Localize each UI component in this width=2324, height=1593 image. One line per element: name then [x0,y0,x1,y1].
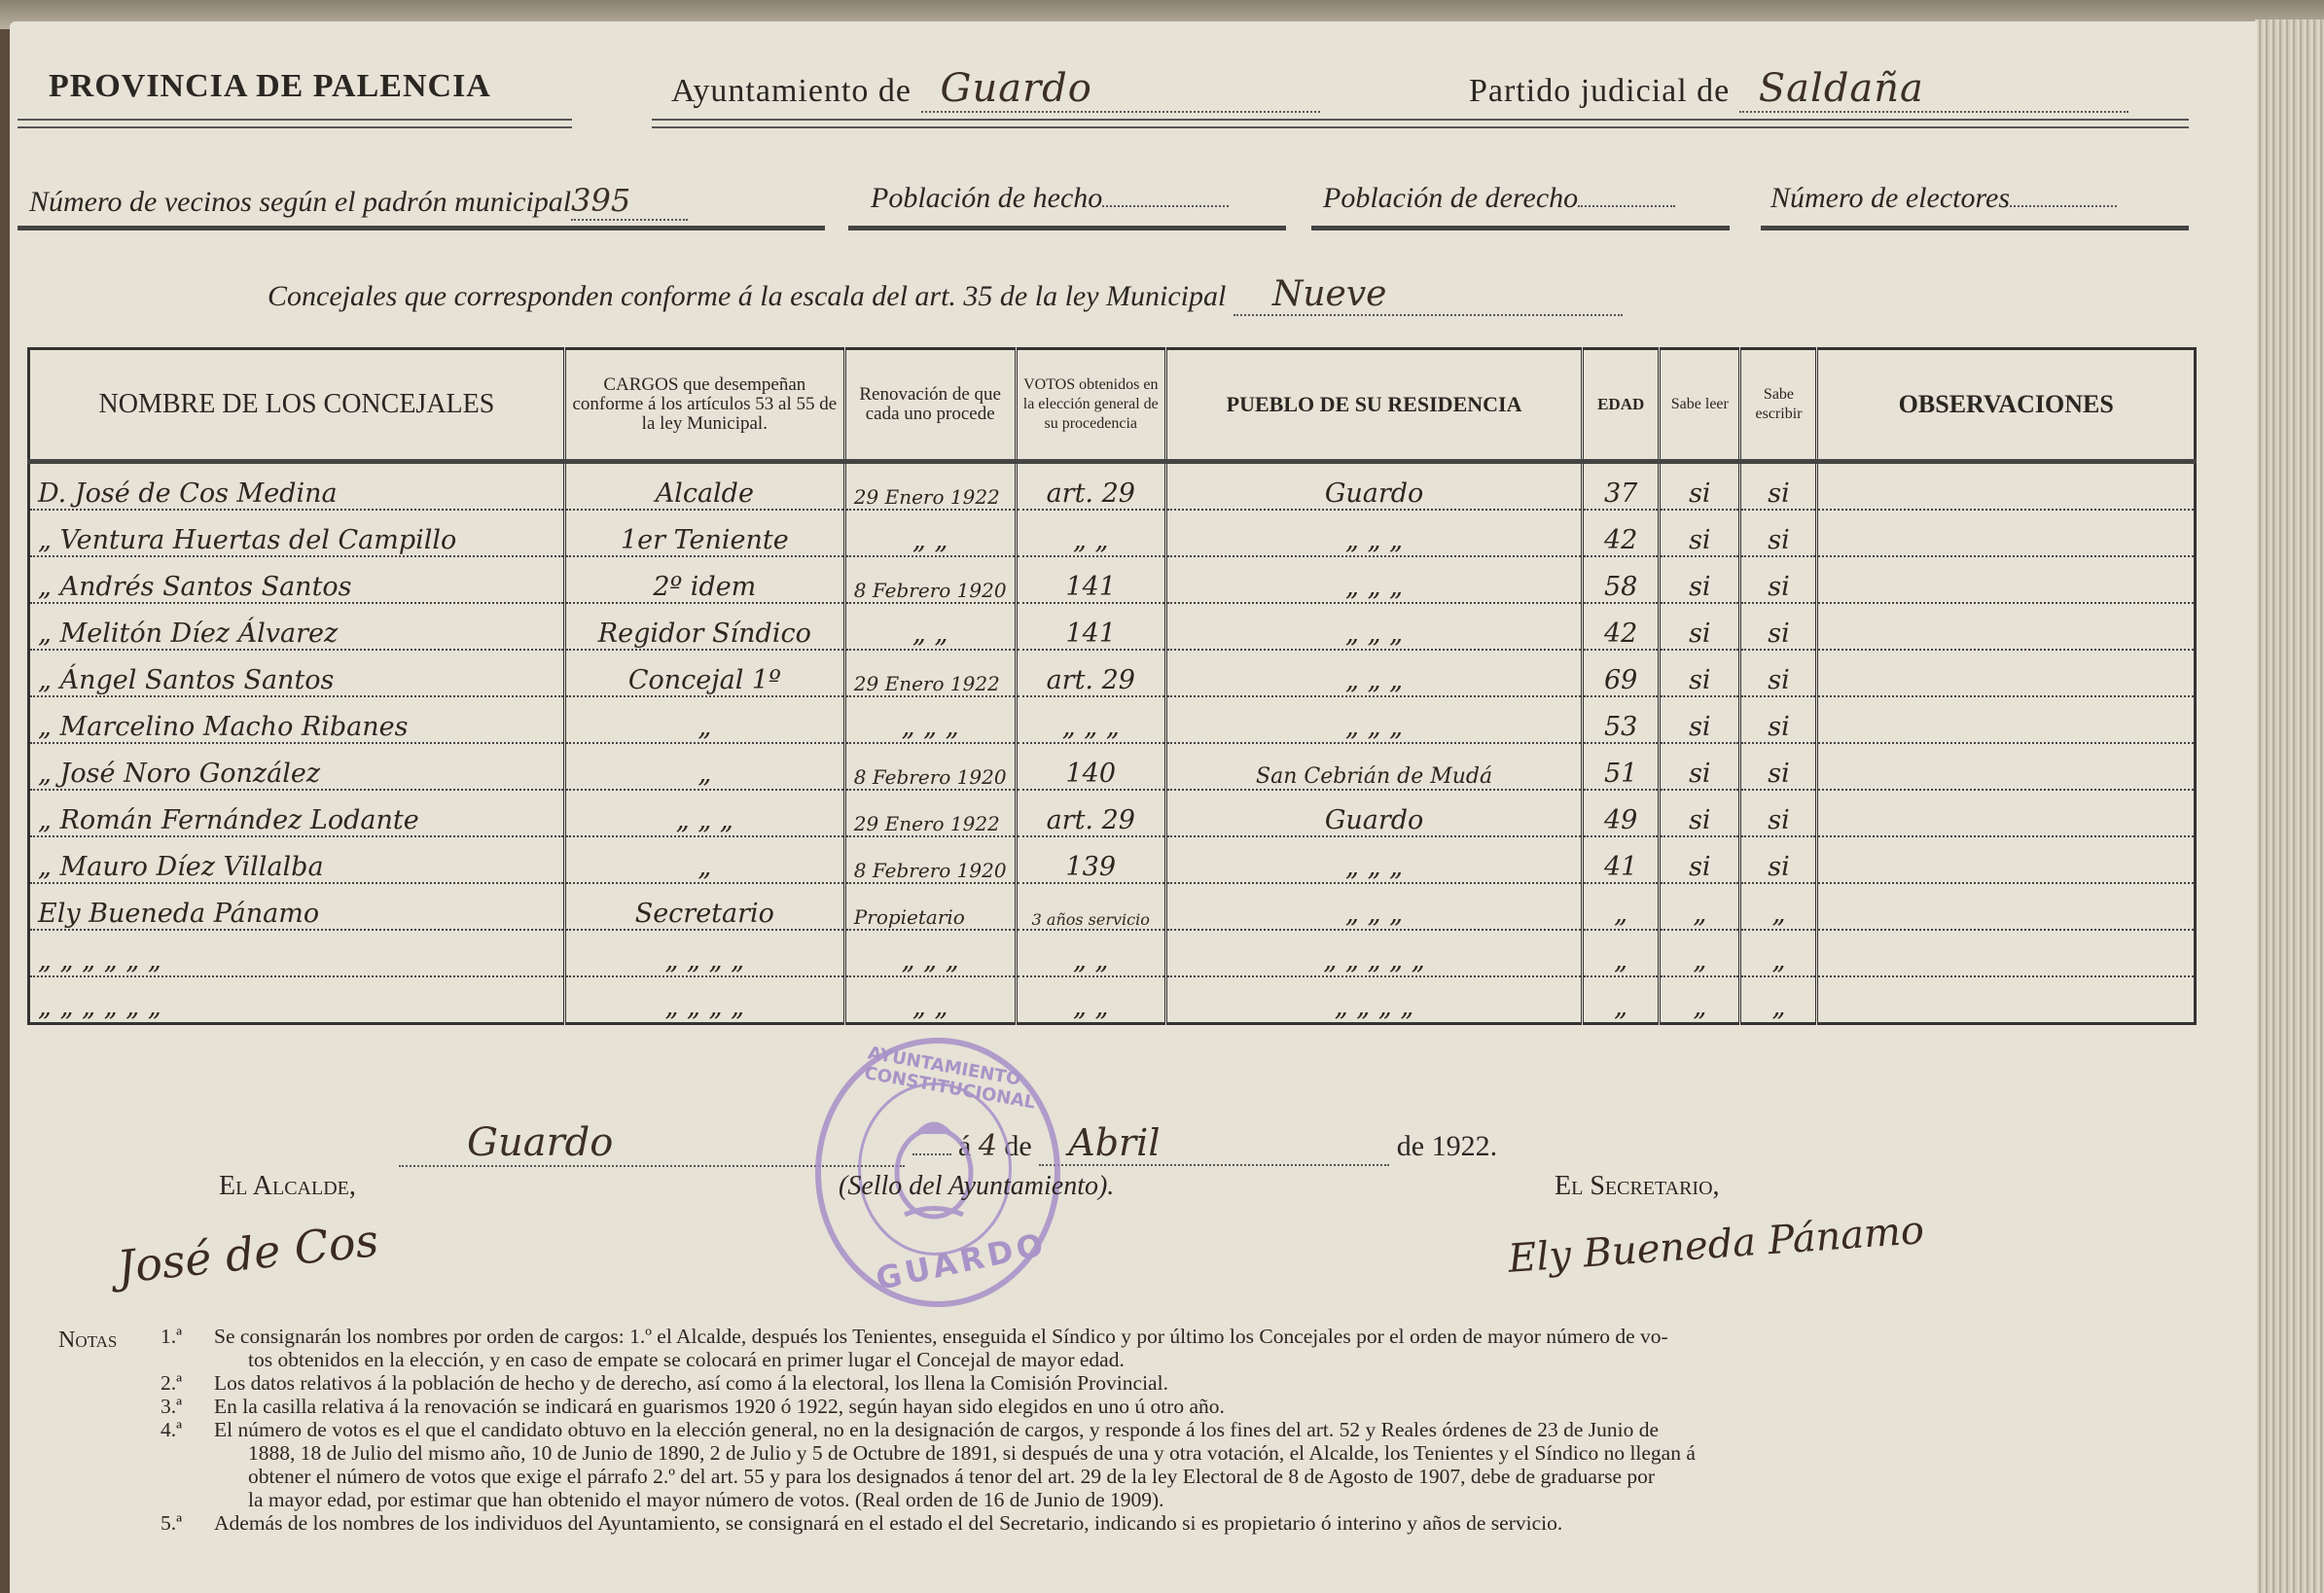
cell-renovacion: 29 Enero 1922 [844,790,1016,836]
cell-obs [1817,930,2196,976]
derecho-value [1578,205,1675,207]
cell-obs [1817,603,2196,650]
partido-field: Partido judicial de Saldaña [1469,66,2128,113]
note-number: 4.ª [161,1418,182,1441]
cell-escribir: „ [1740,930,1817,976]
cell-leer: „ [1660,883,1740,930]
cell-nombre: „ Andrés Santos Santos [29,556,565,603]
cell-votos: 139 [1016,836,1165,883]
hecho-field: Población de hecho [871,182,1229,215]
col-edad: EDAD [1583,349,1660,462]
table-row: „ Melitón Díez ÁlvarezRegidor Síndico„ „… [29,603,2196,650]
cell-leer: si [1660,790,1740,836]
cell-pueblo: „ „ „ [1165,556,1582,603]
cell-nombre: „ Melitón Díez Álvarez [29,603,565,650]
cell-escribir: „ [1740,883,1817,930]
cell-obs [1817,790,2196,836]
table-row: „ Andrés Santos Santos2º idem8 Febrero 1… [29,556,2196,603]
cell-escribir: si [1740,650,1817,696]
cell-escribir: si [1740,510,1817,556]
note-text: obtener el número de votos que exige el … [58,1465,2218,1488]
cell-leer: si [1660,510,1740,556]
cell-votos: art. 29 [1016,462,1165,511]
year-label: de 1922. [1397,1130,1497,1162]
alcalde-signature: José de Cos [115,1214,381,1293]
coat-of-arms-icon [885,1110,983,1226]
cell-renovacion: 8 Febrero 1920 [844,743,1016,790]
concejales-value: Nueve [1234,274,1623,316]
cell-edad: „ [1583,883,1660,930]
cell-obs [1817,976,2196,1024]
cell-cargo: Secretario [564,883,844,930]
divider [1459,119,2189,128]
note-4: 4.ªEl número de votos es el que el candi… [58,1418,2218,1441]
cell-pueblo: „ „ „ [1165,836,1582,883]
col-nombre: NOMBRE DE LOS CONCEJALES [29,349,565,462]
cell-cargo: „ „ „ [564,790,844,836]
cell-leer: si [1660,603,1740,650]
cell-pueblo: „ „ „ [1165,650,1582,696]
cell-edad: 42 [1583,603,1660,650]
vecinos-label: Número de vecinos según el padrón munici… [29,186,571,218]
electores-label: Número de electores [1770,182,2010,214]
cell-escribir: si [1740,836,1817,883]
note-text: 1888, 18 de Julio del mismo año, 10 de J… [58,1441,2218,1465]
note-3: 3.ªEn la casilla relativa á la renovació… [58,1395,2218,1418]
cell-nombre: „ Ventura Huertas del Campillo [29,510,565,556]
note-2: 2.ªLos datos relativos á la población de… [58,1371,2218,1395]
cell-escribir: si [1740,743,1817,790]
cell-pueblo: „ „ „ [1165,603,1582,650]
secretario-label: El Secretario, [1555,1171,1720,1202]
cell-obs [1817,650,2196,696]
cell-votos: 141 [1016,603,1165,650]
divider [1311,226,1730,230]
concejales-table: NOMBRE DE LOS CONCEJALES CARGOS que dese… [27,347,2197,1025]
secretario-signature: Ely Bueneda Pánamo [1507,1208,1925,1282]
concejales-label: Concejales que corresponden conforme á l… [268,280,1226,312]
col-votos: VOTOS obtenidos en la elección general d… [1016,349,1165,462]
ayuntamiento-field: Ayuntamiento de Guardo [671,66,1320,113]
cell-obs [1817,883,2196,930]
cell-renovacion: „ „ [844,976,1016,1024]
ayuntamiento-label: Ayuntamiento de [671,73,912,109]
cell-edad: 41 [1583,836,1660,883]
cell-cargo: 1er Teniente [564,510,844,556]
cell-votos: 141 [1016,556,1165,603]
cell-obs [1817,696,2196,743]
note-number: 3.ª [161,1395,182,1418]
cell-leer: si [1660,556,1740,603]
cell-nombre: „ „ „ „ „ „ [29,930,565,976]
cell-leer: si [1660,696,1740,743]
note-text: El número de votos es el que el candidat… [214,1418,1659,1441]
cell-edad: 42 [1583,510,1660,556]
cell-obs [1817,462,2196,511]
hecho-label: Población de hecho [871,182,1102,214]
notes-section: Notas 1.ªSe consignarán los nombres por … [58,1325,2218,1535]
cell-obs [1817,836,2196,883]
alcalde-label: El Alcalde, [219,1171,356,1202]
table-row: „ Ventura Huertas del Campillo1er Tenien… [29,510,2196,556]
cell-edad: 37 [1583,462,1660,511]
cell-renovacion: „ „ „ [844,696,1016,743]
note-number: 5.ª [161,1511,182,1535]
col-pueblo: PUEBLO DE SU RESIDENCIA [1165,349,1582,462]
cell-nombre: „ Román Fernández Lodante [29,790,565,836]
cell-cargo: „ [564,743,844,790]
note-1: 1.ªSe consignarán los nombres por orden … [58,1325,2218,1348]
cell-nombre: „ José Noro González [29,743,565,790]
cell-leer: si [1660,462,1740,511]
cell-nombre: „ „ „ „ „ „ [29,976,565,1024]
col-leer: Sabe leer [1660,349,1740,462]
col-cargos: CARGOS que desempeñan conforme á los art… [564,349,844,462]
cell-escribir: si [1740,696,1817,743]
cell-votos: „ „ [1016,976,1165,1024]
cell-leer: „ [1660,976,1740,1024]
table-row: Ely Bueneda PánamoSecretarioPropietario3… [29,883,2196,930]
cell-cargo: Alcalde [564,462,844,511]
cell-votos: 140 [1016,743,1165,790]
vecinos-value: 395 [571,182,688,221]
cell-pueblo: Guardo [1165,790,1582,836]
cell-nombre: „ Ángel Santos Santos [29,650,565,696]
note-text: Se consignarán los nombres por orden de … [214,1325,1668,1348]
col-observaciones: OBSERVACIONES [1817,349,2196,462]
cell-pueblo: Guardo [1165,462,1582,511]
note-text: la mayor edad, por estimar que han obten… [58,1488,2218,1511]
cell-obs [1817,510,2196,556]
cell-edad: 51 [1583,743,1660,790]
cell-cargo: „ [564,836,844,883]
partido-value: Saldaña [1739,66,2128,113]
table-row: „ Ángel Santos SantosConcejal 1º29 Enero… [29,650,2196,696]
cell-renovacion: „ „ [844,603,1016,650]
cell-cargo: Concejal 1º [564,650,844,696]
document-page: PROVINCIA DE PALENCIA Ayuntamiento de Gu… [10,21,2257,1593]
note-text: tos obtenidos en la elección, y en caso … [58,1348,2218,1371]
vecinos-field: Número de vecinos según el padrón munici… [29,182,688,221]
book-page-edges [2255,19,2324,1593]
divider [1761,226,2189,230]
cell-pueblo: „ „ „ „ „ [1165,930,1582,976]
table-row: „ Román Fernández Lodante„ „ „29 Enero 1… [29,790,2196,836]
cell-renovacion: „ „ „ [844,930,1016,976]
cell-pueblo: „ „ „ [1165,510,1582,556]
cell-edad: 53 [1583,696,1660,743]
cell-edad: 49 [1583,790,1660,836]
cell-escribir: si [1740,462,1817,511]
cell-edad: „ [1583,976,1660,1024]
cell-votos: 3 años servicio [1016,883,1165,930]
table-row: „ „ „ „ „ „„ „ „ „„ „ „„ „„ „ „ „ „„„„ [29,930,2196,976]
divider [18,119,572,128]
cell-pueblo: „ „ „ [1165,696,1582,743]
note-text: En la casilla relativa á la renovación s… [214,1395,1225,1418]
col-escribir: Sabe escribir [1740,349,1817,462]
cell-renovacion: 29 Enero 1922 [844,462,1016,511]
cell-leer: „ [1660,930,1740,976]
cell-cargo: „ „ „ „ [564,976,844,1024]
cell-votos: art. 29 [1016,650,1165,696]
concejales-field: Concejales que corresponden conforme á l… [268,274,1623,316]
cell-nombre: D. José de Cos Medina [29,462,565,511]
cell-leer: si [1660,836,1740,883]
divider [18,226,825,230]
electores-value [2010,205,2117,207]
cell-obs [1817,556,2196,603]
cell-nombre: „ Mauro Díez Villalba [29,836,565,883]
cell-pueblo: San Cebrián de Mudá [1165,743,1582,790]
cell-escribir: si [1740,603,1817,650]
cell-pueblo: „ „ „ „ [1165,976,1582,1024]
derecho-label: Población de derecho [1323,182,1578,214]
cell-pueblo: „ „ „ [1165,883,1582,930]
note-number: 2.ª [161,1371,182,1395]
cell-edad: 69 [1583,650,1660,696]
note-5: 5.ªAdemás de los nombres de los individu… [58,1511,2218,1535]
table-row: „ José Noro González„8 Febrero 1920140Sa… [29,743,2196,790]
hecho-value [1102,205,1229,207]
month-value: Abril [1039,1121,1389,1166]
table-row: „ Mauro Díez Villalba„8 Febrero 1920139„… [29,836,2196,883]
divider [848,226,1286,230]
cell-votos: art. 29 [1016,790,1165,836]
cell-renovacion: „ „ [844,510,1016,556]
cell-cargo: 2º idem [564,556,844,603]
table-row: „ „ „ „ „ „„ „ „ „„ „„ „„ „ „ „„„„ [29,976,2196,1024]
cell-edad: 58 [1583,556,1660,603]
partido-label: Partido judicial de [1469,73,1730,109]
note-number: 1.ª [161,1325,182,1348]
col-renovacion: Renovación de que cada uno procede [844,349,1016,462]
cell-escribir: si [1740,556,1817,603]
note-text: Además de los nombres de los individuos … [214,1511,1562,1535]
cell-cargo: Regidor Síndico [564,603,844,650]
cell-renovacion: Propietario [844,883,1016,930]
note-text: Los datos relativos á la población de he… [214,1371,1168,1395]
cell-nombre: Ely Bueneda Pánamo [29,883,565,930]
cell-leer: si [1660,650,1740,696]
electores-field: Número de electores [1770,182,2117,215]
ayuntamiento-value: Guardo [921,66,1320,113]
cell-cargo: „ [564,696,844,743]
cell-obs [1817,743,2196,790]
table-row: D. José de Cos MedinaAlcalde29 Enero 192… [29,462,2196,511]
seal-inner-ring [858,1082,1012,1256]
cell-votos: „ „ [1016,510,1165,556]
cell-leer: si [1660,743,1740,790]
cell-renovacion: 8 Febrero 1920 [844,836,1016,883]
cell-renovacion: 29 Enero 1922 [844,650,1016,696]
table-header-row: NOMBRE DE LOS CONCEJALES CARGOS que dese… [29,349,2196,462]
cell-renovacion: 8 Febrero 1920 [844,556,1016,603]
cell-escribir: „ [1740,976,1817,1024]
derecho-field: Población de derecho [1323,182,1675,215]
provincia-title: PROVINCIA DE PALENCIA [49,68,491,105]
cell-votos: „ „ „ [1016,696,1165,743]
cell-cargo: „ „ „ „ [564,930,844,976]
seal-caption: (Sello del Ayuntamiento). [839,1171,1114,1202]
cell-escribir: si [1740,790,1817,836]
table-row: „ Marcelino Macho Ribanes„„ „ „„ „ „„ „ … [29,696,2196,743]
cell-edad: „ [1583,930,1660,976]
cell-votos: „ „ [1016,930,1165,976]
cell-nombre: „ Marcelino Macho Ribanes [29,696,565,743]
